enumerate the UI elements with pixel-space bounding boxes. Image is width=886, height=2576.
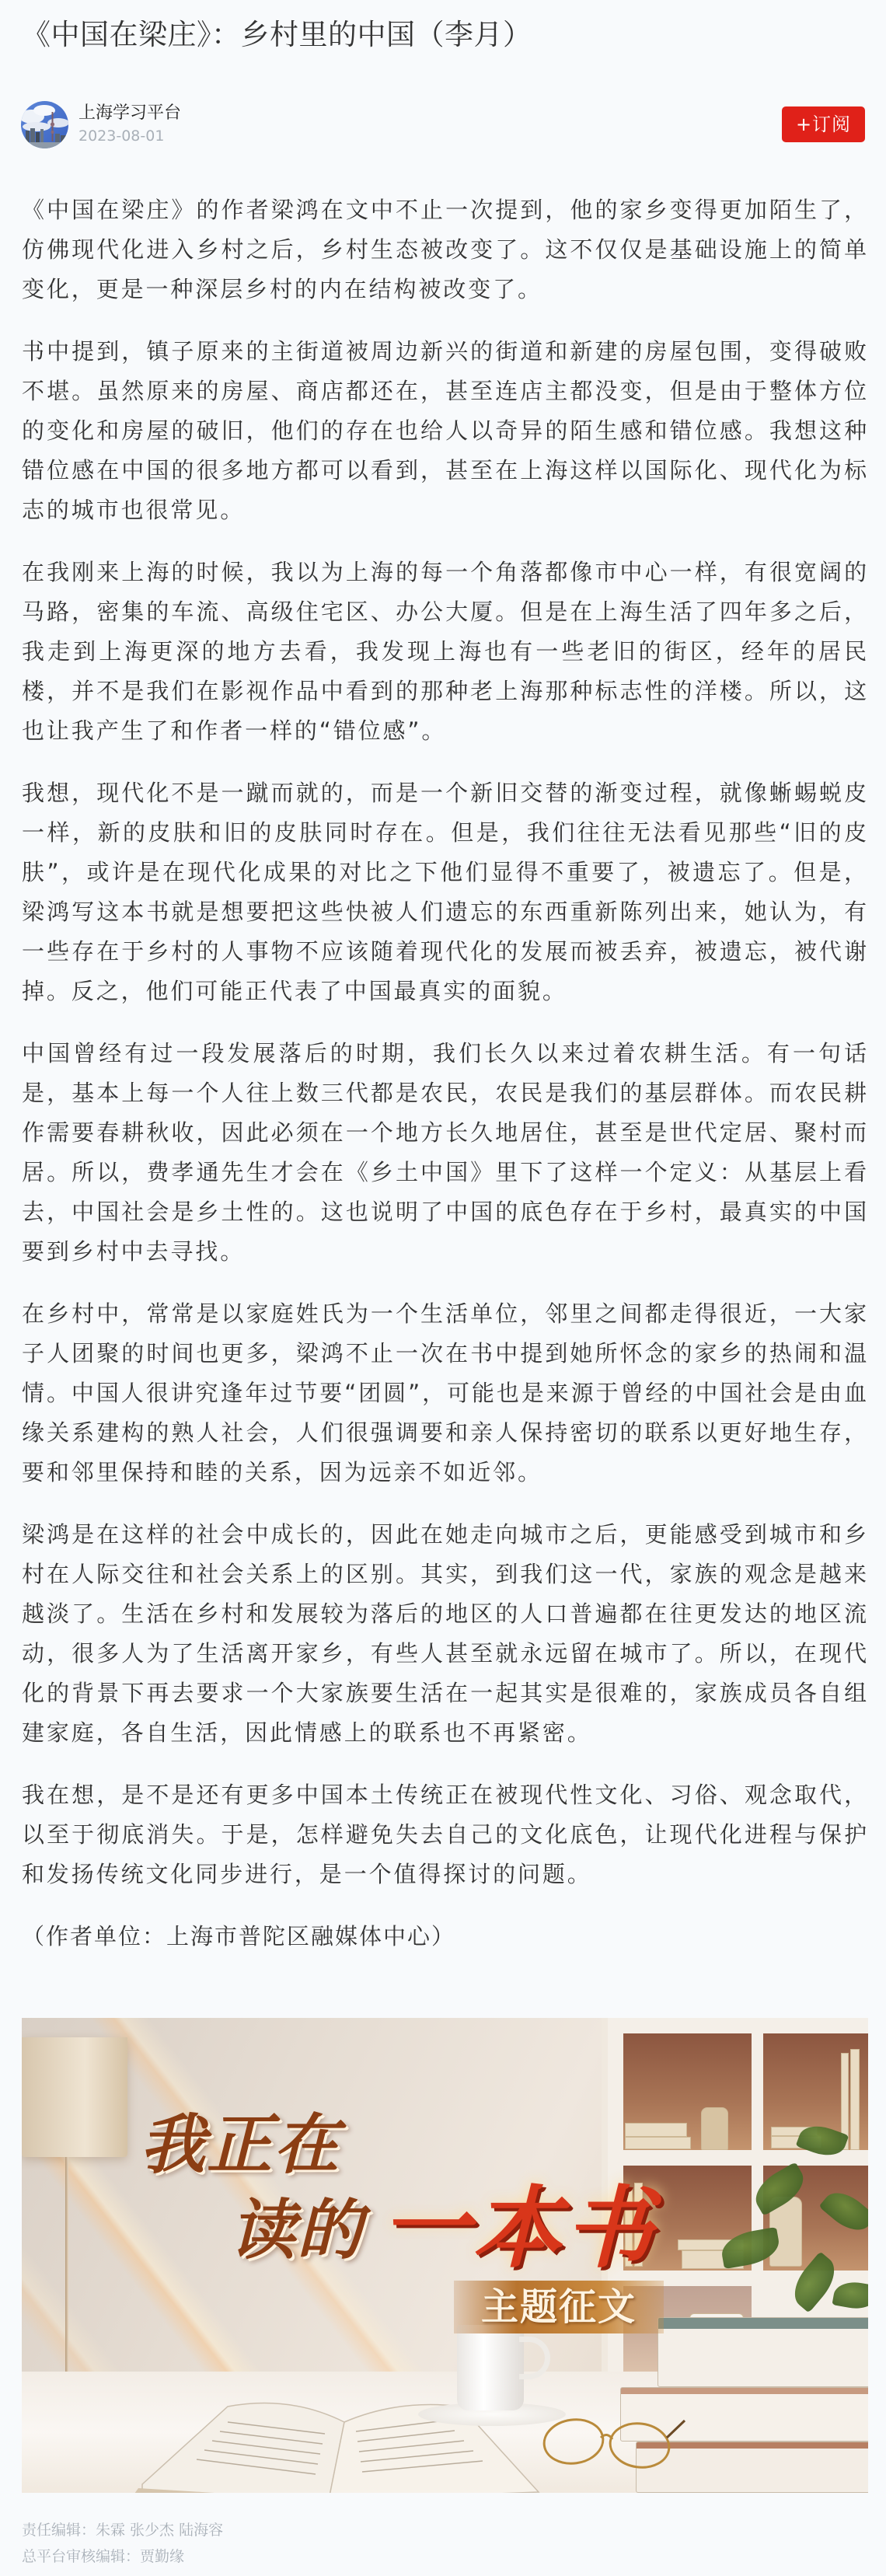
paragraph: 在乡村中，常常是以家庭姓氏为一个生活单位，邻里之间都走得很近，一大家子人团聚的时… xyxy=(22,1294,869,1492)
shanghai-skyline-avatar-icon[interactable] xyxy=(21,101,68,148)
banner-headline-big: 一本书 xyxy=(381,2181,656,2274)
paragraph: 我想，现代化不是一蹴而就的，而是一个新旧交替的渐变过程，就像蜥蜴蜕皮一样，新的皮… xyxy=(22,773,869,1011)
theme-label: 主题征文 xyxy=(454,2281,664,2333)
paragraph: 梁鸿是在这样的社会中成长的，因此在她走向城市之后，更能感受到城市和乡村在人际交往… xyxy=(22,1515,869,1753)
coffee-cup-icon xyxy=(457,2325,524,2410)
article-body: 《中国在梁庄》的作者梁鸿在文中不止一次提到，他的家乡变得更加陌生了，仿佛现代化进… xyxy=(22,190,869,1979)
author-unit: （作者单位：上海市普陀区融媒体中心） xyxy=(22,1917,869,1956)
platform-review-editor: 总平台审核编辑：贾勤缘 xyxy=(22,2543,223,2570)
publish-date: 2023-08-01 xyxy=(78,127,164,145)
subscribe-button[interactable]: +订阅 xyxy=(782,106,865,142)
paragraph: 《中国在梁庄》的作者梁鸿在文中不止一次提到，他的家乡变得更加陌生了，仿佛现代化进… xyxy=(22,190,869,309)
eyeglasses-icon xyxy=(539,2407,686,2477)
paragraph: 我在想，是不是还有更多中国本土传统正在被现代性文化、习俗、观念取代，以至于彻底消… xyxy=(22,1775,869,1894)
responsible-editors: 责任编辑：朱霖 张少杰 陆海容 xyxy=(22,2517,223,2543)
banner-headline-line2: 读的 xyxy=(230,2195,364,2265)
theme-badge: 主题征文 xyxy=(454,2281,664,2333)
editor-credits: 责任编辑：朱霖 张少杰 陆海容 总平台审核编辑：贾勤缘 xyxy=(22,2517,223,2570)
stacked-book xyxy=(658,2317,868,2387)
paragraph: 书中提到，镇子原来的主街道被周边新兴的街道和新建的房屋包围，变得破败不堪。虽然原… xyxy=(22,332,869,530)
banner-headline-line1: 我正在 xyxy=(140,2110,340,2180)
paragraph: 在我刚来上海的时候，我以为上海的每一个角落都像市中心一样，有很宽阔的马路，密集的… xyxy=(22,553,869,751)
source-name[interactable]: 上海学习平台 xyxy=(78,103,181,124)
reading-campaign-banner-image: 我正在 读的 一本书 主题征文 xyxy=(22,2018,868,2493)
floor-lamp-icon xyxy=(22,2037,127,2157)
lamp-pole xyxy=(65,2157,68,2390)
paragraph: 中国曾经有过一段发展落后的时期，我们长久以来过着农耕生活。有一句话是，基本上每一… xyxy=(22,1034,869,1272)
article-meta: 上海学习平台 2023-08-01 +订阅 xyxy=(21,101,865,149)
article-title: 《中国在梁庄》：乡村里的中国（李月） xyxy=(22,14,869,56)
